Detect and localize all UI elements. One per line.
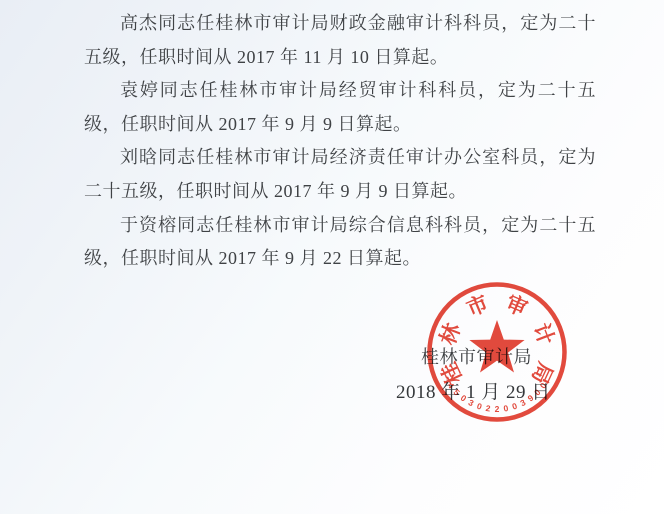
document-page: 高杰同志任桂林市审计局财政金融审计科科员，定为二十五级，任职时间从 2017 年… — [0, 0, 664, 514]
seal-ring-char: 审 — [502, 291, 531, 321]
seal-ring-char: 林 — [435, 319, 465, 348]
seal-code-digit: 5 — [451, 387, 462, 398]
seal-ring-char: 市 — [463, 291, 492, 321]
seal-code-digit: 0 — [532, 387, 543, 398]
red-star-icon — [469, 320, 524, 373]
seal-code-digit: 2 — [485, 403, 492, 414]
seal-code-digit: 3 — [467, 397, 476, 408]
seal-code-digit: 9 — [526, 393, 536, 404]
seal-code-digit: 0 — [503, 403, 510, 414]
appointment-paragraph: 袁婷同志任桂林市审计局经贸审计科科员，定为二十五级，任职时间从 2017 年 9… — [84, 74, 596, 141]
appointment-paragraph: 刘晗同志任桂林市审计局经济责任审计办公室科员，定为二十五级，任职时间从 2017… — [84, 141, 596, 208]
seal-code-digit: 0 — [459, 393, 469, 404]
appointment-paragraph: 高杰同志任桂林市审计局财政金融审计科科员，定为二十五级，任职时间从 2017 年… — [84, 7, 596, 74]
seal-code-digit: 0 — [476, 401, 484, 412]
official-seal: 桂林市审计局 4503022003900 — [422, 277, 572, 427]
seal-code-digit: 0 — [511, 401, 519, 412]
document-body: 高杰同志任桂林市审计局财政金融审计科科员，定为二十五级，任职时间从 2017 年… — [84, 7, 596, 276]
seal-code-digit: 3 — [518, 397, 527, 408]
seal-code-digit: 2 — [495, 404, 500, 414]
seal-ring-char: 计 — [529, 320, 559, 348]
appointment-paragraph: 于资榕同志任桂林市审计局综合信息科科员，定为二十五级，任职时间从 2017 年 … — [84, 209, 596, 276]
